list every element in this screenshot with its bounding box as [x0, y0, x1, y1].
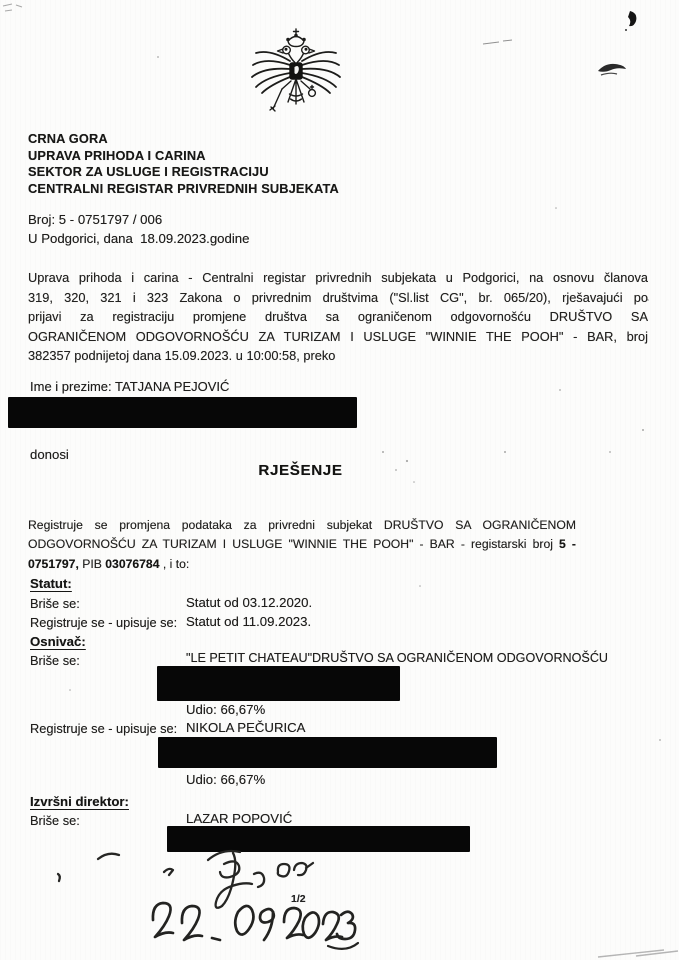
corner-smudge-top-left	[3, 4, 22, 11]
handwritten-signature	[58, 851, 313, 908]
scanned-document-page: CRNA GORA UPRAVA PRIHODA I CARINA SEKTOR…	[0, 0, 679, 960]
faint-dash-marks	[483, 40, 512, 44]
scan-artifacts-overlay	[0, 0, 679, 960]
ink-mark-top-right	[625, 11, 636, 31]
scan-speckles	[35, 56, 661, 741]
corner-smudge-bottom-right	[598, 950, 678, 957]
pen-smudge-mark	[598, 64, 626, 75]
handwritten-date	[153, 903, 358, 949]
